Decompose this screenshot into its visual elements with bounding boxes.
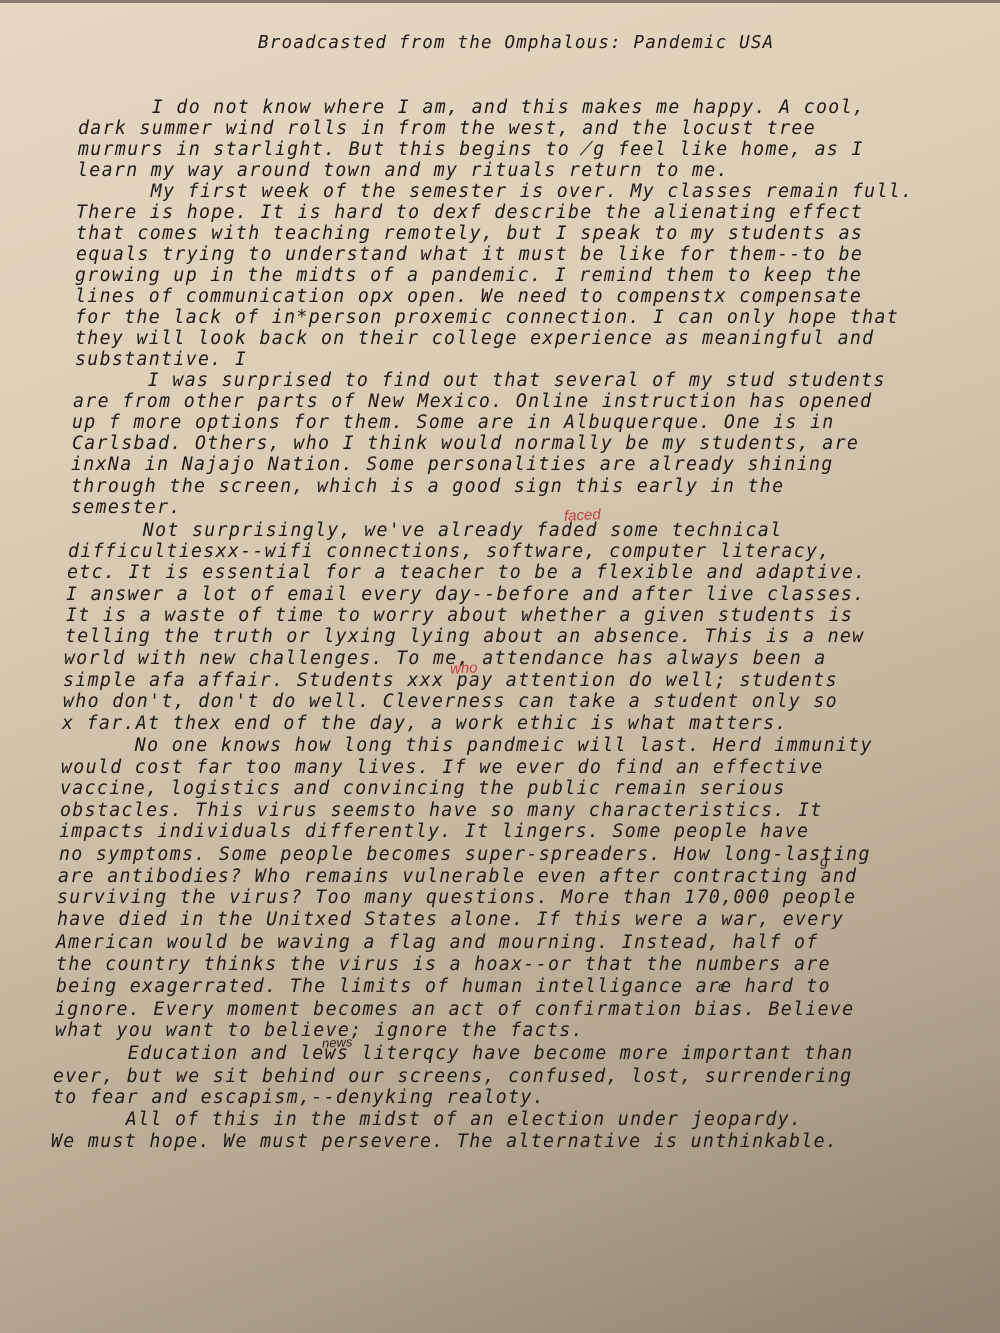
text-line: No one knows how long this pandmeic will… xyxy=(61,735,873,757)
correction-faced: faced xyxy=(564,506,602,525)
text-line: difficultiesxx--wifi connections, softwa… xyxy=(68,541,831,563)
text-line: to fear and escapism,--denyking realoty. xyxy=(53,1087,545,1109)
text-line: impacts individuals differently. It ling… xyxy=(59,821,809,843)
text-line: who don't, don't do well. Cleverness can… xyxy=(63,691,838,713)
text-line: learn my way around town and my rituals … xyxy=(77,160,729,182)
text-line: obstacles. This virus seemsto have so ma… xyxy=(60,800,823,822)
text-line: Carlsbad. Others, who I think would norm… xyxy=(72,433,859,455)
text-line: murmurs in starlight. But this begins to… xyxy=(78,139,864,161)
page-top-edge xyxy=(0,0,1000,3)
text-line: what you want to believe; ignore the fac… xyxy=(55,1020,584,1042)
text-line: semester. xyxy=(71,497,182,519)
text-line: being exagerrated. The limits of human i… xyxy=(56,976,831,998)
text-line: x far.At thex end of the day, a work eth… xyxy=(62,713,788,735)
text-line: equals trying to understand what it must… xyxy=(76,244,863,266)
text-line: for the lack of in*person proxemic conne… xyxy=(75,307,899,329)
document-title: Broadcasted from the Omphalous: Pandemic… xyxy=(258,33,774,53)
text-line: I answer a lot of email every day--befor… xyxy=(66,584,866,606)
text-line: vaccine, logistics and convincing the pu… xyxy=(60,778,786,800)
text-line: that comes with teaching remotely, but I… xyxy=(76,223,863,245)
text-line: I was surprised to find out that several… xyxy=(74,370,886,392)
text-line: etc. It is essential for a teacher to be… xyxy=(67,562,867,584)
text-line: Education and lews literqcy have become … xyxy=(54,1043,854,1065)
text-line: up f more options for them. Some are in … xyxy=(72,412,835,434)
text-line: There is hope. It is hard to dexf descri… xyxy=(76,202,863,224)
text-line: surviving the virus? Too many questions.… xyxy=(57,887,857,909)
text-line: have died in the Unitxed States alone. I… xyxy=(57,909,844,931)
text-line: All of this in the midst of an election … xyxy=(52,1109,802,1131)
text-line: growing up in the midts of a pandemic. I… xyxy=(75,265,862,287)
correction-c: c xyxy=(718,979,725,994)
correction-g: g xyxy=(820,853,829,869)
text-line: My first week of the semester is over. M… xyxy=(77,181,913,203)
text-line: ignore. Every moment becomes an act of c… xyxy=(55,999,855,1021)
text-line: no symptoms. Some people becomes super-s… xyxy=(59,844,871,866)
text-line: substantive. I xyxy=(75,349,247,371)
correction-who: who xyxy=(450,659,478,677)
text-line: through the screen, which is a good sign… xyxy=(71,476,784,498)
text-line: Not surprisingly, we've already faded so… xyxy=(69,520,782,542)
text-line: We must hope. We must persevere. The alt… xyxy=(51,1131,838,1153)
text-line: the country thinks the virus is a hoax--… xyxy=(56,954,831,976)
text-line: are antibodies? Who remains vulnerable e… xyxy=(58,866,858,888)
text-line: dark summer wind rolls in from the west,… xyxy=(78,118,816,140)
text-line: It is a waste of time to worry about whe… xyxy=(66,605,853,627)
text-line: they will look back on their college exp… xyxy=(75,328,875,350)
text-line: ever, but we sit behind our screens, con… xyxy=(53,1066,853,1088)
text-line: American would be waving a flag and mour… xyxy=(56,932,819,954)
text-line: world with new challenges. To me, attend… xyxy=(64,648,827,670)
text-line: are from other parts of New Mexico. Onli… xyxy=(73,391,873,413)
text-line: inxNa in Najajo Nation. Some personaliti… xyxy=(71,454,834,476)
text-line: I do not know where I am, and this makes… xyxy=(78,97,865,119)
text-line: would cost far too many lives. If we eve… xyxy=(61,757,824,779)
text-line: telling the truth or lyxing lying about … xyxy=(65,626,865,648)
text-line: lines of communication opx open. We need… xyxy=(75,286,862,308)
correction-news: news xyxy=(322,1034,353,1051)
